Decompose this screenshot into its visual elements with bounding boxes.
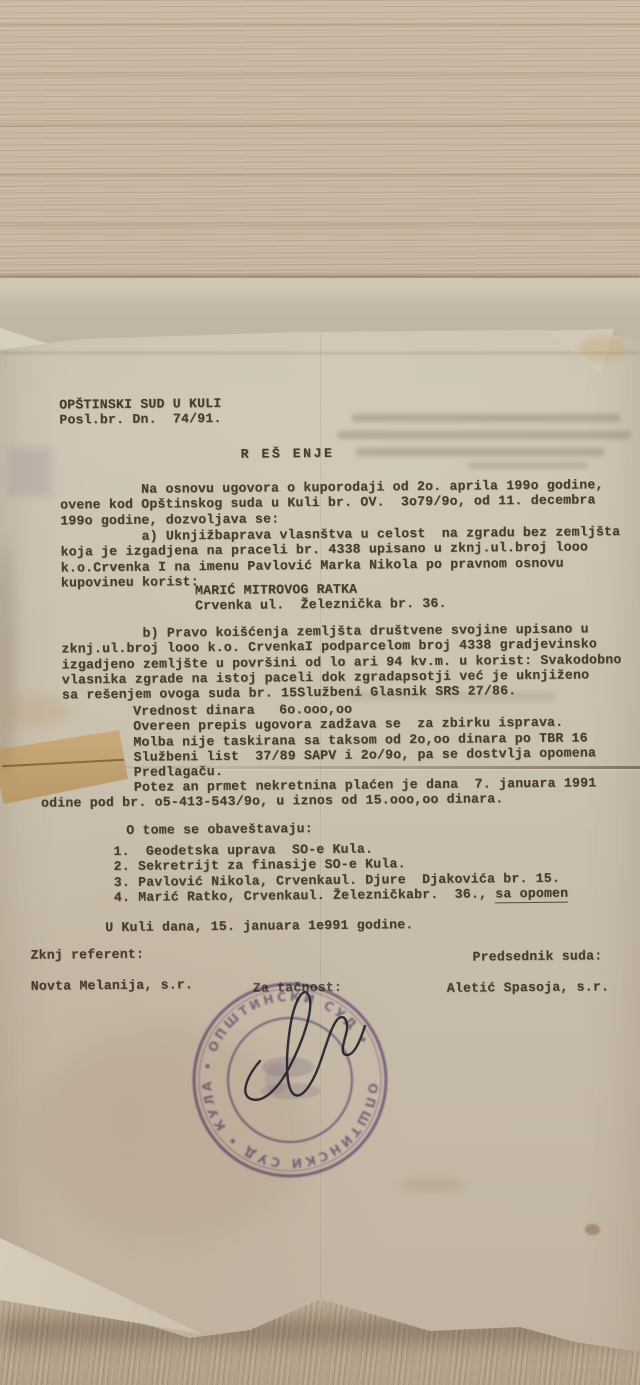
photo-of-court-document: OPŠTINSKI SUD U KULI Posl.br. Dn. 74/91.… [0,0,640,1385]
court-name: OPŠTINSKI SUD U KULI [59,396,221,413]
president-name: Aletić Spasoja, s.r. [447,979,609,996]
case-number: Posl.br. Dn. 74/91. [59,411,221,428]
intro-paragraph: Na osnovu ugovora o kuporodaji od 2o. ap… [60,477,604,528]
fees-block: Vrednost dinara 6o.ooo,oo Overeen prepis… [133,699,596,795]
point-a-paragraph: a) Uknjižbaprava vlasnštva u celost na z… [60,524,620,591]
underlined-note: sa opomen [495,886,568,904]
president-role: Predsednik suda: [472,948,602,965]
point-b-paragraph: b) Pravo koišćenja zemljšta društvene sv… [61,621,622,703]
notify-list: 1. Geodetska uprava SO-e Kula. 2. Sekret… [113,840,568,906]
list-item: 4. Marić Ratko, Crvenkaul. Železničkabr.… [114,886,569,906]
beneficiary-address: Crvenka ul. Železnička br. 36. [195,596,447,614]
beneficiary-block: MARIĆ MITROVOG RATKA Crvenka ul. Železni… [195,581,447,614]
clerk-name: Novta Melanija, s.r. [31,977,193,994]
date-line: U Kuli dana, 15. januara 1e991 godine. [105,917,413,935]
fees-overflow-line: odine pod br. o5-413-543/9o, u iznos od … [41,791,504,811]
document-header: OPŠTINSKI SUD U KULI Posl.br. Dn. 74/91. [59,396,222,428]
list-item-text: 4. Marić Ratko, Crvenkaul. Železničkabr.… [114,886,495,905]
clerk-role: Zknj referent: [30,947,144,963]
notify-heading: O tome se obaveštavaju: [126,821,313,838]
decision-title: R EŠ ENJE [241,446,335,462]
handwritten-signature [228,983,388,1123]
